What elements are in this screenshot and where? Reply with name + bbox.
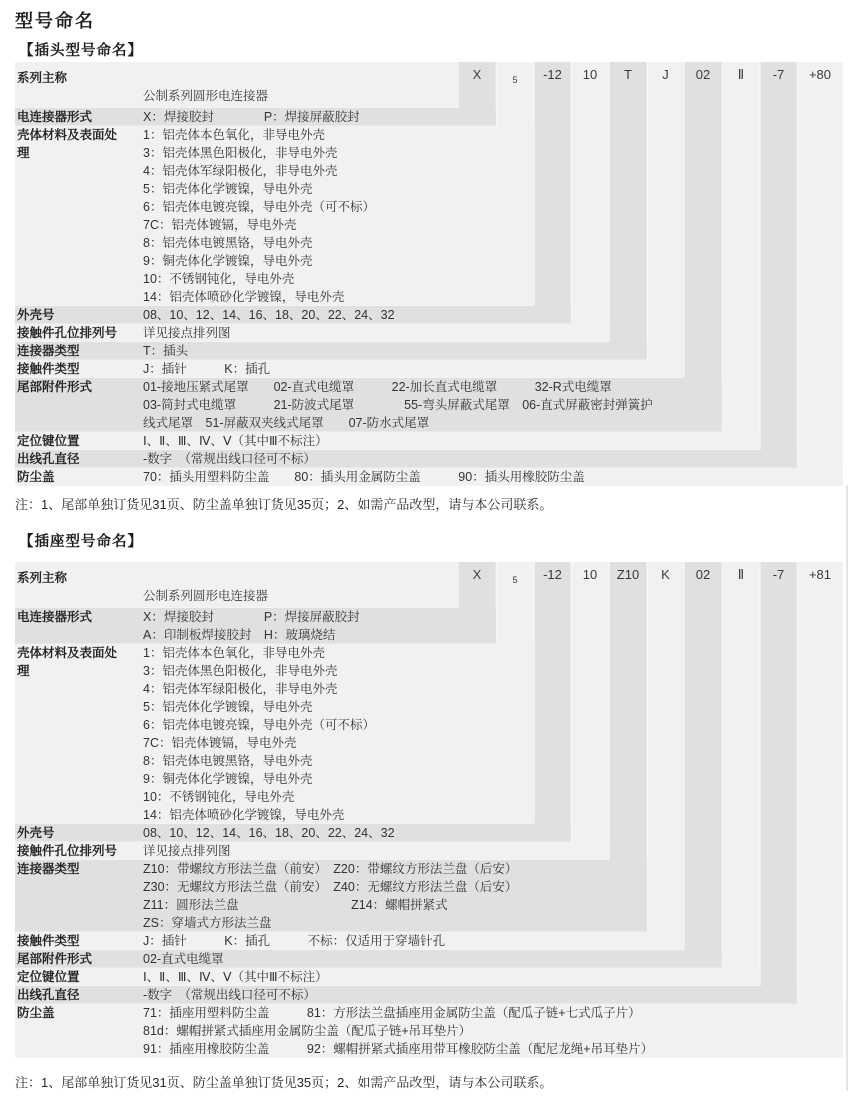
text-line: Z30：无螺纹方形法兰盘（前安） Z40：无螺纹方形法兰盘（后安）: [143, 878, 517, 896]
text-line: T：插头: [143, 342, 188, 360]
row-connector-form: 电连接器形式X：焊接胶封 P：焊接屏蔽胶封A：印制板焊接胶封 H：玻璃烧结: [15, 608, 843, 644]
row-key-position: 定位键位置Ⅰ、Ⅱ、Ⅲ、Ⅳ、Ⅴ（其中Ⅲ不标注）: [15, 432, 843, 450]
text-line: 6：铝壳体电镀亮镍，导电外壳（可不标）: [143, 198, 375, 216]
text-line: 线式尾罩 51-屏蔽双夹线式尾罩 07-防水式尾罩: [143, 414, 653, 432]
text-line: ZS：穿墙式方形法兰盘: [143, 914, 517, 932]
text-line: 01-接地压紧式尾罩 02-直式电缆罩 22-加长直式电缆罩 32-R式电缆罩: [143, 378, 653, 396]
row-contact-type: 接触件类型J：插针 K：插孔 不标：仅适用于穿墙针孔: [15, 932, 843, 950]
row-label-shell-size: 外壳号: [15, 306, 143, 324]
row-label-connector-type: 连接器类型: [15, 342, 143, 360]
text-line: 3：铝壳体黑色阳极化，非导电外壳: [143, 662, 375, 680]
text-line: Ⅰ、Ⅱ、Ⅲ、Ⅳ、Ⅴ（其中Ⅲ不标注）: [143, 968, 328, 986]
row-content-dust-cap: 70：插头用塑料防尘盖 80：插头用金属防尘盖 90：插头用橡胶防尘盖: [143, 468, 585, 486]
row-content-contact-type: J：插针 K：插孔 不标：仅适用于穿墙针孔: [143, 932, 445, 950]
row-content-wire-hole-diameter: -数字 （常规出线口径可不标）: [143, 986, 316, 1004]
row-label-connector-type: 连接器类型: [15, 860, 143, 878]
text-line: 3：铝壳体黑色阳极化，非导电外壳: [143, 144, 375, 162]
row-label-connector-form: 电连接器形式: [15, 108, 143, 126]
text-line: Ⅰ、Ⅱ、Ⅲ、Ⅳ、Ⅴ（其中Ⅲ不标注）: [143, 432, 328, 450]
text-line: 71：插座用塑料防尘盖 81：方形法兰盘插座用金属防尘盖（配瓜子链+七式瓜子片）: [143, 1004, 653, 1022]
row-shell-size: 外壳号08、10、12、14、16、18、20、22、24、32: [15, 824, 843, 842]
row-content-connector-type: Z10：带螺纹方形法兰盘（前安） Z20：带螺纹方形法兰盘（后安）Z30：无螺纹…: [143, 860, 517, 932]
text-line: 03-简封式电缆罩 21-防波式尾罩 55-弯头屏蔽式尾罩 06-直式屏蔽密封弹…: [143, 396, 653, 414]
page-title: 型号命名: [15, 7, 95, 33]
row-content-contact-arrangement: 详见接点排列图: [143, 324, 231, 342]
text-line: 4：铝壳体军绿阳极化，非导电外壳: [143, 680, 375, 698]
plug-note-text: 注：1、尾部单独订货见31页、防尘盖单独订货见35页；2、如需产品改型，请与本公…: [15, 494, 552, 513]
text-line: 公制系列圆形电连接器: [143, 87, 268, 105]
row-series-name: 系列主称公制系列圆形电连接器: [15, 62, 843, 108]
row-contact-arrangement: 接触件孔位排列号详见接点排列图: [15, 842, 843, 860]
socket-naming-table: Y50X5-1210Z10K02Ⅱ-7+81 系列主称公制系列圆形电连接器电连接…: [15, 562, 843, 1064]
row-dust-cap: 防尘盖70：插头用塑料防尘盖 80：插头用金属防尘盖 90：插头用橡胶防尘盖: [15, 468, 843, 486]
row-tail-accessory: 尾部附件形式01-接地压紧式尾罩 02-直式电缆罩 22-加长直式电缆罩 32-…: [15, 378, 843, 432]
row-label-key-position: 定位键位置: [15, 968, 143, 986]
text-line: 14：铝壳体喷砂化学镀镍，导电外壳: [143, 806, 375, 824]
text-line: X：焊接胶封 P：焊接屏蔽胶封: [143, 608, 360, 626]
text-line: [143, 69, 268, 87]
row-content-dust-cap: 71：插座用塑料防尘盖 81：方形法兰盘插座用金属防尘盖（配瓜子链+七式瓜子片）…: [143, 1004, 653, 1058]
row-content-contact-arrangement: 详见接点排列图: [143, 842, 231, 860]
text-line: 02-直式电缆罩: [143, 950, 224, 968]
text-line: 91：插座用橡胶防尘盖 92：螺帽拼紧式插座用带耳橡胶防尘盖（配尼龙绳+吊耳垫片…: [143, 1040, 653, 1058]
row-content-connector-form: X：焊接胶封 P：焊接屏蔽胶封: [143, 108, 360, 126]
row-content-shell-material: 1：铝壳体本色氧化，非导电外壳3：铝壳体黑色阳极化，非导电外壳4：铝壳体军绿阳极…: [143, 126, 375, 306]
row-wire-hole-diameter: 出线孔直径-数字 （常规出线口径可不标）: [15, 986, 843, 1004]
text-line: 1：铝壳体本色氧化，非导电外壳: [143, 644, 375, 662]
row-label-contact-type: 接触件类型: [15, 360, 143, 378]
text-line: 81d：螺帽拼紧式插座用金属防尘盖（配瓜子链+吊耳垫片）: [143, 1022, 653, 1040]
text-line: 7C：铝壳体镀镉，导电外壳: [143, 216, 375, 234]
row-wire-hole-diameter: 出线孔直径-数字 （常规出线口径可不标）: [15, 450, 843, 468]
row-content-contact-type: J：插针 K：插孔: [143, 360, 270, 378]
row-content-shell-size: 08、10、12、14、16、18、20、22、24、32: [143, 306, 395, 324]
socket-naming-rows: 系列主称公制系列圆形电连接器电连接器形式X：焊接胶封 P：焊接屏蔽胶封A：印制板…: [15, 562, 843, 1058]
row-label-tail-accessory: 尾部附件形式: [15, 378, 143, 396]
text-line: 5：铝壳体化学镀镍，导电外壳: [143, 698, 375, 716]
row-label-shell-material: 壳体材料及表面处理: [15, 644, 143, 680]
text-line: 详见接点排列图: [143, 324, 231, 342]
text-line: 08、10、12、14、16、18、20、22、24、32: [143, 306, 395, 324]
row-connector-form: 电连接器形式X：焊接胶封 P：焊接屏蔽胶封: [15, 108, 843, 126]
text-line: 详见接点排列图: [143, 842, 231, 860]
row-shell-material: 壳体材料及表面处理1：铝壳体本色氧化，非导电外壳3：铝壳体黑色阳极化，非导电外壳…: [15, 644, 843, 824]
row-content-shell-material: 1：铝壳体本色氧化，非导电外壳3：铝壳体黑色阳极化，非导电外壳4：铝壳体军绿阳极…: [143, 644, 375, 824]
text-line: 9：铜壳体化学镀镍，导电外壳: [143, 770, 375, 788]
row-tail-accessory: 尾部附件形式02-直式电缆罩: [15, 950, 843, 968]
row-label-shell-material: 壳体材料及表面处理: [15, 126, 143, 162]
text-line: 8：铝壳体电镀黑铬，导电外壳: [143, 752, 375, 770]
text-line: 7C：铝壳体镀镉，导电外壳: [143, 734, 375, 752]
text-line: [143, 569, 268, 587]
page-edge-line: [846, 485, 848, 1091]
text-line: 公制系列圆形电连接器: [143, 587, 268, 605]
row-label-contact-arrangement: 接触件孔位排列号: [15, 842, 143, 860]
row-content-key-position: Ⅰ、Ⅱ、Ⅲ、Ⅳ、Ⅴ（其中Ⅲ不标注）: [143, 968, 328, 986]
text-line: 1：铝壳体本色氧化，非导电外壳: [143, 126, 375, 144]
row-label-shell-size: 外壳号: [15, 824, 143, 842]
text-line: 5：铝壳体化学镀镍，导电外壳: [143, 180, 375, 198]
row-contact-type: 接触件类型J：插针 K：插孔: [15, 360, 843, 378]
row-label-connector-form: 电连接器形式: [15, 608, 143, 626]
row-content-connector-form: X：焊接胶封 P：焊接屏蔽胶封A：印制板焊接胶封 H：玻璃烧结: [143, 608, 360, 644]
row-content-tail-accessory: 01-接地压紧式尾罩 02-直式电缆罩 22-加长直式电缆罩 32-R式电缆罩0…: [143, 378, 653, 432]
text-line: 08、10、12、14、16、18、20、22、24、32: [143, 824, 395, 842]
plug-section-heading: 【插头型号命名】: [19, 39, 143, 60]
text-line: Z10：带螺纹方形法兰盘（前安） Z20：带螺纹方形法兰盘（后安）: [143, 860, 517, 878]
socket-note-text: 注：1、尾部单独订货见31页、防尘盖单独订货见35页；2、如需产品改型，请与本公…: [15, 1072, 552, 1091]
text-line: 8：铝壳体电镀黑铬，导电外壳: [143, 234, 375, 252]
row-label-dust-cap: 防尘盖: [15, 1004, 143, 1022]
plug-naming-table: Y50X5-1210TJ02Ⅱ-7+80 系列主称公制系列圆形电连接器电连接器形…: [15, 62, 843, 488]
row-content-key-position: Ⅰ、Ⅱ、Ⅲ、Ⅳ、Ⅴ（其中Ⅲ不标注）: [143, 432, 328, 450]
text-line: 10：不锈钢钝化，导电外壳: [143, 270, 375, 288]
row-label-wire-hole-diameter: 出线孔直径: [15, 986, 143, 1004]
row-label-key-position: 定位键位置: [15, 432, 143, 450]
row-label-tail-accessory: 尾部附件形式: [15, 950, 143, 968]
text-line: 9：铜壳体化学镀镍，导电外壳: [143, 252, 375, 270]
row-content-shell-size: 08、10、12、14、16、18、20、22、24、32: [143, 824, 395, 842]
row-content-tail-accessory: 02-直式电缆罩: [143, 950, 224, 968]
text-line: J：插针 K：插孔: [143, 360, 270, 378]
text-line: 10：不锈钢钝化，导电外壳: [143, 788, 375, 806]
row-shell-size: 外壳号08、10、12、14、16、18、20、22、24、32: [15, 306, 843, 324]
text-line: Z11：圆形法兰盘 Z14：螺帽拼紧式: [143, 896, 517, 914]
row-label-series-name: 系列主称: [15, 569, 143, 587]
row-label-contact-type: 接触件类型: [15, 932, 143, 950]
row-content-series-name: 公制系列圆形电连接器: [143, 569, 268, 605]
row-content-series-name: 公制系列圆形电连接器: [143, 69, 268, 105]
row-label-series-name: 系列主称: [15, 69, 143, 87]
row-key-position: 定位键位置Ⅰ、Ⅱ、Ⅲ、Ⅳ、Ⅴ（其中Ⅲ不标注）: [15, 968, 843, 986]
text-line: A：印制板焊接胶封 H：玻璃烧结: [143, 626, 360, 644]
text-line: X：焊接胶封 P：焊接屏蔽胶封: [143, 108, 360, 126]
row-connector-type: 连接器类型T：插头: [15, 342, 843, 360]
text-line: -数字 （常规出线口径可不标）: [143, 986, 316, 1004]
row-label-wire-hole-diameter: 出线孔直径: [15, 450, 143, 468]
text-line: 4：铝壳体军绿阳极化，非导电外壳: [143, 162, 375, 180]
row-contact-arrangement: 接触件孔位排列号详见接点排列图: [15, 324, 843, 342]
socket-section-heading: 【插座型号命名】: [19, 530, 143, 551]
text-line: J：插针 K：插孔 不标：仅适用于穿墙针孔: [143, 932, 445, 950]
row-content-connector-type: T：插头: [143, 342, 188, 360]
row-shell-material: 壳体材料及表面处理1：铝壳体本色氧化，非导电外壳3：铝壳体黑色阳极化，非导电外壳…: [15, 126, 843, 306]
row-label-contact-arrangement: 接触件孔位排列号: [15, 324, 143, 342]
row-label-dust-cap: 防尘盖: [15, 468, 143, 486]
row-content-wire-hole-diameter: -数字 （常规出线口径可不标）: [143, 450, 316, 468]
row-dust-cap: 防尘盖71：插座用塑料防尘盖 81：方形法兰盘插座用金属防尘盖（配瓜子链+七式瓜…: [15, 1004, 843, 1058]
text-line: 6：铝壳体电镀亮镍，导电外壳（可不标）: [143, 716, 375, 734]
row-connector-type: 连接器类型Z10：带螺纹方形法兰盘（前安） Z20：带螺纹方形法兰盘（后安）Z3…: [15, 860, 843, 932]
text-line: 14：铝壳体喷砂化学镀镍，导电外壳: [143, 288, 375, 306]
row-series-name: 系列主称公制系列圆形电连接器: [15, 562, 843, 608]
plug-naming-rows: 系列主称公制系列圆形电连接器电连接器形式X：焊接胶封 P：焊接屏蔽胶封壳体材料及…: [15, 62, 843, 486]
text-line: 70：插头用塑料防尘盖 80：插头用金属防尘盖 90：插头用橡胶防尘盖: [143, 468, 585, 486]
text-line: -数字 （常规出线口径可不标）: [143, 450, 316, 468]
